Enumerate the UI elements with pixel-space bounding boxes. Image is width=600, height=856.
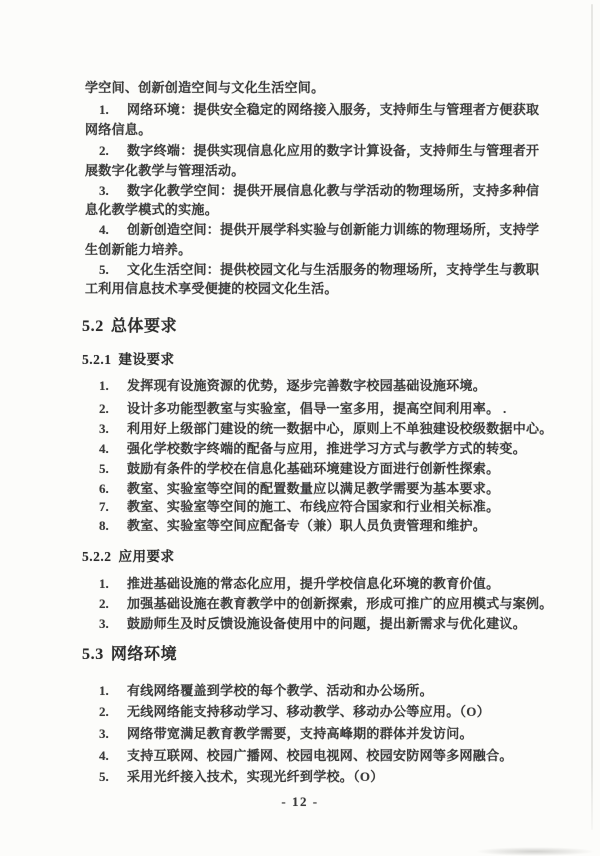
list-item: 3.网络带宽满足教育教学需要，支持高峰期的群体并发访问。 [85, 726, 473, 742]
list-number: 3. [99, 726, 127, 742]
list-item-continuation: 生创新能力培养。 [85, 242, 191, 258]
list-number: 3. [99, 421, 127, 437]
intro-line: 学空间、创新创造空间与文化生活空间。 [85, 80, 324, 96]
list-number: 1. [99, 102, 127, 118]
list-text: 支持互联网、校园广播网、校园电视网、校园安防网等多网融合。 [127, 748, 513, 763]
subsection-heading-5-2-1: 5.2.1建设要求 [82, 348, 175, 368]
scan-bottom-smudge [475, 847, 595, 856]
list-text: 加强基础设施在教育教学中的创新探索，形成可推广的应用模式与案例。 [127, 596, 553, 611]
section-number: 5.2 [82, 318, 104, 335]
list-number: 1. [99, 378, 127, 394]
section-number: 5.3 [82, 646, 104, 663]
list-item: 5.采用光纤接入技术，实现光纤到学校。（O） [85, 769, 384, 785]
list-text: 鼓励师生及时反馈设施设备使用中的问题，提出新需求与优化建议。 [127, 616, 526, 631]
list-number: 8. [99, 518, 127, 534]
list-number: 3. [99, 616, 127, 632]
list-item: 1.推进基础设施的常态化应用，提升学校信息化环境的教育价值。 [85, 576, 499, 592]
list-number: 5. [99, 262, 127, 278]
list-item: 1.网络环境：提供安全稳定的网络接入服务，支持师生与管理者方便获取 [85, 102, 539, 118]
list-item: 5.鼓励有条件的学校在信息化基础环境建设方面进行创新性探索。 [85, 461, 499, 477]
list-text: 有线网络覆盖到学校的每个教学、活动和办公场所。 [127, 683, 433, 698]
list-text: 网络环境：提供安全稳定的网络接入服务，支持师生与管理者方便获取 [127, 102, 539, 117]
list-text: 鼓励有条件的学校在信息化基础环境建设方面进行创新性探索。 [127, 461, 499, 476]
list-text: 数字化教学空间：提供开展信息化教与学活动的物理场所，支持多种信 [127, 183, 539, 198]
list-item: 2.无线网络能支持移动学习、移动教学、移动办公等应用。（O） [85, 704, 490, 720]
list-number: 1. [99, 683, 127, 699]
list-number: 1. [99, 576, 127, 592]
section-title: 总体要求 [111, 318, 177, 335]
list-number: 2. [99, 596, 127, 612]
list-item: 5.文化生活空间：提供校园文化与生活服务的物理场所，支持学生与教职 [85, 262, 539, 278]
list-item-continuation: 息化教学模式的实施。 [85, 202, 218, 218]
subsection-heading-5-2-2: 5.2.2应用要求 [82, 545, 175, 565]
section-number: 5.2.1 [82, 352, 112, 367]
list-number: 2. [99, 401, 127, 417]
list-item: 2.数字终端：提供实现信息化应用的数字计算设备，支持师生与管理者开 [85, 143, 539, 159]
list-item: 4.强化学校数字终端的配备与应用，推进学习方式与教学方式的转变。 [85, 441, 526, 457]
list-number: 2. [99, 704, 127, 720]
list-text: 文化生活空间：提供校园文化与生活服务的物理场所，支持学生与教职 [127, 262, 539, 277]
list-number: 2. [99, 143, 127, 159]
list-text: 创新创造空间：提供开展学科实验与创新能力训练的物理场所，支持学 [127, 222, 539, 237]
list-text: 利用好上级部门建设的统一数据中心，原则上不单独建设校级数据中心。 [127, 421, 553, 436]
scan-edge-artifact [591, 4, 593, 830]
list-text: 教室、实验室等空间的施工、布线应符合国家和行业相关标准。 [127, 499, 499, 514]
list-number: 6. [99, 481, 127, 497]
list-item-continuation: 网络信息。 [85, 122, 152, 138]
list-number: 7. [99, 499, 127, 515]
list-item: 1.发挥现有设施资源的优势，逐步完善数字校园基础设施环境。 [85, 378, 486, 394]
list-item: 4.创新创造空间：提供开展学科实验与创新能力训练的物理场所，支持学 [85, 222, 539, 238]
section-number: 5.2.2 [82, 549, 112, 564]
list-item: 2.加强基础设施在教育教学中的创新探索，形成可推广的应用模式与案例。 [85, 596, 553, 612]
list-item: 4.支持互联网、校园广播网、校园电视网、校园安防网等多网融合。 [85, 748, 513, 764]
list-text: 数字终端：提供实现信息化应用的数字计算设备，支持师生与管理者开 [127, 143, 539, 158]
list-item: 3.数字化教学空间：提供开展信息化教与学活动的物理场所，支持多种信 [85, 183, 539, 199]
list-text: 教室、实验室等空间应配备专（兼）职人员负责管理和维护。 [127, 518, 486, 533]
list-text: 网络带宽满足教育教学需要，支持高峰期的群体并发访问。 [127, 726, 473, 741]
list-text: 推进基础设施的常态化应用，提升学校信息化环境的教育价值。 [127, 576, 499, 591]
list-item: 2.设计多功能型教室与实验室，倡导一室多用，提高空间利用率。 . [85, 401, 507, 417]
scanned-document-page: 学空间、创新创造空间与文化生活空间。 1.网络环境：提供安全稳定的网络接入服务，… [0, 0, 600, 856]
section-title: 建设要求 [119, 352, 175, 367]
list-number: 3. [99, 183, 127, 199]
list-item: 1.有线网络覆盖到学校的每个教学、活动和办公场所。 [85, 683, 433, 699]
page-number: - 12 - [0, 794, 600, 810]
list-number: 5. [99, 461, 127, 477]
list-item: 7.教室、实验室等空间的施工、布线应符合国家和行业相关标准。 [85, 499, 499, 515]
list-item-continuation: 展数字化教学与管理活动。 [85, 163, 245, 179]
list-number: 4. [99, 441, 127, 457]
list-text: 采用光纤接入技术，实现光纤到学校。（O） [127, 769, 384, 784]
list-item-continuation: 工利用信息技术享受便捷的校园文化生活。 [85, 281, 338, 297]
list-text: 无线网络能支持移动学习、移动教学、移动办公等应用。（O） [127, 704, 490, 719]
section-heading-5-3: 5.3网络环境 [82, 641, 177, 664]
list-item: 3.利用好上级部门建设的统一数据中心，原则上不单独建设校级数据中心。 [85, 421, 553, 437]
section-title: 网络环境 [111, 646, 177, 663]
list-number: 5. [99, 769, 127, 785]
list-item: 3.鼓励师生及时反馈设施设备使用中的问题，提出新需求与优化建议。 [85, 616, 526, 632]
list-text: 设计多功能型教室与实验室，倡导一室多用，提高空间利用率。 . [127, 401, 507, 416]
list-text: 教室、实验室等空间的配置数量应以满足教学需要为基本要求。 [127, 481, 499, 496]
list-item: 6.教室、实验室等空间的配置数量应以满足教学需要为基本要求。 [85, 481, 499, 497]
list-text: 强化学校数字终端的配备与应用，推进学习方式与教学方式的转变。 [127, 441, 526, 456]
list-number: 4. [99, 222, 127, 238]
list-text: 发挥现有设施资源的优势，逐步完善数字校园基础设施环境。 [127, 378, 486, 393]
list-number: 4. [99, 748, 127, 764]
section-heading-5-2: 5.2总体要求 [82, 313, 177, 336]
section-title: 应用要求 [119, 549, 175, 564]
list-item: 8.教室、实验室等空间应配备专（兼）职人员负责管理和维护。 [85, 518, 486, 534]
